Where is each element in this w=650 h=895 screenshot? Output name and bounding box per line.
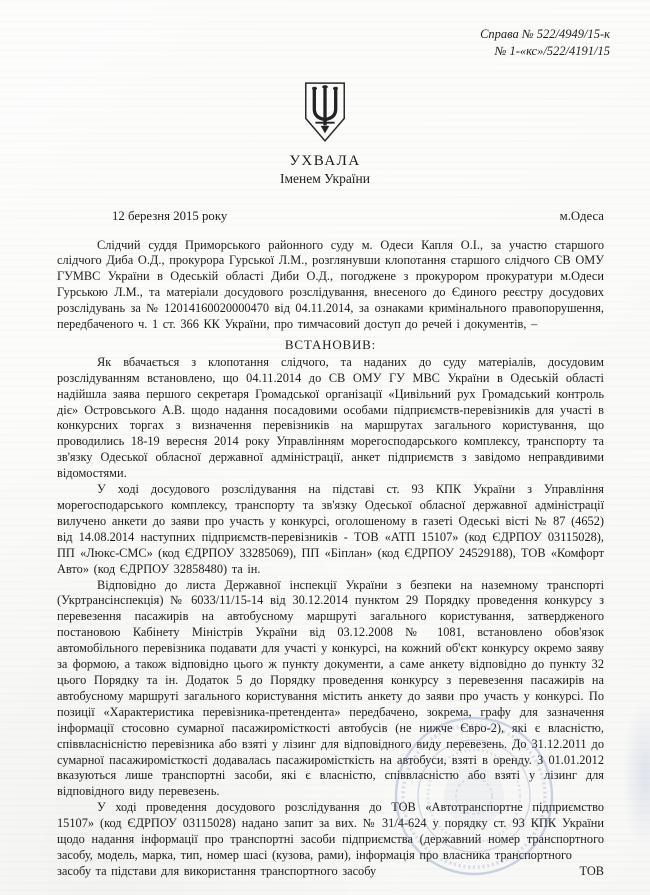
catchword: ТОВ xyxy=(579,864,604,880)
paragraph-3: Відповідно до листа Державної інспекції … xyxy=(57,578,604,801)
paragraph-2: У ході досудового розслідування на підст… xyxy=(57,482,604,577)
paragraph-intro: Слідчий суддя Приморського районного суд… xyxy=(57,238,604,333)
case-number-primary: Справа № 522/4949/15-к xyxy=(0,26,610,43)
ruling-location: м.Одеса xyxy=(560,209,604,224)
last-line: засобу та підстави для використання тран… xyxy=(57,864,604,880)
last-line-text: засобу та підстави для використання тран… xyxy=(57,864,376,880)
document-title: УХВАЛА xyxy=(0,153,650,170)
date-row: 12 березня 2015 року м.Одеса xyxy=(0,209,650,224)
document-subtitle: Іменем України xyxy=(0,171,650,187)
case-numbers: Справа № 522/4949/15-к № 1-«кс»/522/4191… xyxy=(0,26,650,61)
coat-of-arms-icon xyxy=(0,81,650,148)
paragraph-1: Як вбачається з клопотання слідчого, та … xyxy=(57,355,604,482)
paragraph-4: У ході проведення досудового розслідуван… xyxy=(57,800,604,864)
ruling-body: Слідчий суддя Приморського районного суд… xyxy=(57,238,604,880)
case-number-secondary: № 1-«кс»/522/4191/15 xyxy=(0,43,610,60)
ruling-date: 12 березня 2015 року xyxy=(112,209,227,224)
scan-smudge xyxy=(622,700,650,850)
court-ruling-page: Справа № 522/4949/15-к № 1-«кс»/522/4191… xyxy=(0,0,650,895)
ruling-heading: ВСТАНОВИВ: xyxy=(57,337,604,353)
